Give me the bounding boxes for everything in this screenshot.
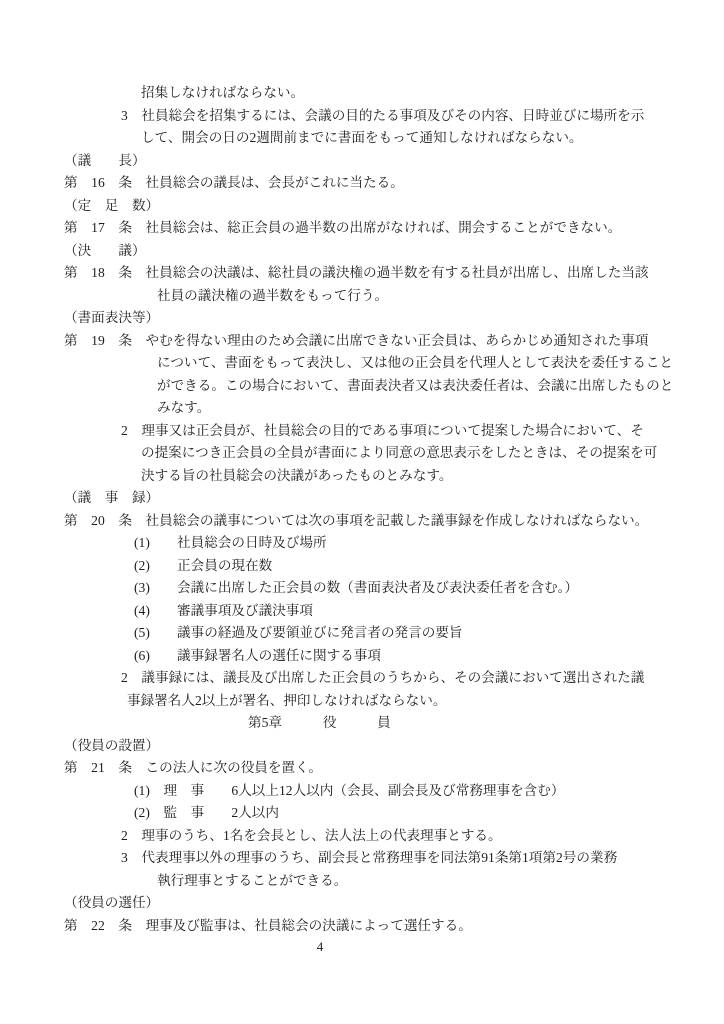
text-line: 第 17 条 社員総会は、総正会員の過半数の出席がなければ、開会することができな…	[64, 217, 664, 240]
text-line: 決する旨の社員総会の決議があったものとみなす。	[141, 465, 664, 488]
text-line: (1) 社員総会の日時及び場所	[134, 532, 664, 555]
text-line: 第 20 条 社員総会の議事については次の事項を記載した議事録を作成しなければな…	[64, 510, 664, 533]
text-line: （書面表決等）	[64, 307, 664, 330]
text-line: （役員の選任）	[64, 892, 664, 915]
text-line: 招集しなければならない。	[141, 82, 664, 105]
text-line: 3 社員総会を招集するには、会議の目的たる事項及びその内容、日時並びに場所を示	[121, 105, 664, 128]
text-line: みなす。	[157, 397, 664, 420]
text-line: 2 理事のうち、1名を会長とし、法人法上の代表理事とする。	[121, 825, 664, 848]
text-line: （議 長）	[64, 150, 664, 173]
text-line: 2 理事又は正会員が、社員総会の目的である事項について提案した場合において、そ	[121, 420, 664, 443]
document-page: 招集しなければならない。3 社員総会を招集するには、会議の目的たる事項及びその内…	[0, 0, 724, 1024]
text-line: (2) 監 事 2人以内	[134, 802, 664, 825]
text-line: (1) 理 事 6人以上12人以内（会長、副会長及び常務理事を含む）	[134, 780, 664, 803]
text-line: 3 代表理事以外の理事のうち、副会長と常務理事を同法第91条第1項第2号の業務	[121, 847, 664, 870]
text-line: (3) 会議に出席した正会員の数（書面表決者及び表決委任者を含む。）	[134, 577, 664, 600]
chapter-heading: 第5章 役 員	[248, 712, 664, 735]
text-line: （議 事 録）	[64, 487, 664, 510]
text-line: 第 21 条 この法人に次の役員を置く。	[64, 757, 664, 780]
text-line: （定 足 数）	[64, 195, 664, 218]
text-line: 執行理事とすることができる。	[157, 870, 664, 893]
page-number: 4	[300, 938, 340, 956]
text-line: 社員の議決権の過半数をもって行う。	[157, 285, 664, 308]
text-line: （決 議）	[64, 240, 664, 263]
text-line: (6) 議事録署名人の選任に関する事項	[134, 645, 664, 668]
text-line: 2 議事録には、議長及び出席した正会員のうちから、その会議において選出された議	[121, 667, 664, 690]
text-line: 第 18 条 社員総会の決議は、総社員の議決権の過半数を有する社員が出席し、出席…	[64, 262, 664, 285]
text-line: (5) 議事の経過及び要領並びに発言者の発言の要旨	[134, 622, 664, 645]
document-body: 招集しなければならない。3 社員総会を招集するには、会議の目的たる事項及びその内…	[64, 82, 664, 937]
text-line: 事録署名人2以上が署名、押印しなければならない。	[127, 690, 664, 713]
text-line: (4) 審議事項及び議決事項	[134, 600, 664, 623]
text-line: 第 16 条 社員総会の議長は、会長がこれに当たる。	[64, 172, 664, 195]
text-line: について、書面をもって表決し、又は他の正会員を代理人として表決を委任すること	[157, 352, 664, 375]
text-line: 第 22 条 理事及び監事は、社員総会の決議によって選任する。	[64, 915, 664, 938]
text-line: ができる。この場合において、書面表決者又は表決委任者は、会議に出席したものと	[157, 375, 664, 398]
text-line: (2) 正会員の現在数	[134, 555, 664, 578]
text-line: （役員の設置）	[64, 735, 664, 758]
text-line: の提案につき正会員の全員が書面により同意の意思表示をしたときは、その提案を可	[141, 442, 664, 465]
text-line: して、開会の日の2週間前までに書面をもって通知しなければならない。	[141, 127, 664, 150]
text-line: 第 19 条 やむを得ない理由のため会議に出席できない正会員は、あらかじめ通知さ…	[64, 330, 664, 353]
